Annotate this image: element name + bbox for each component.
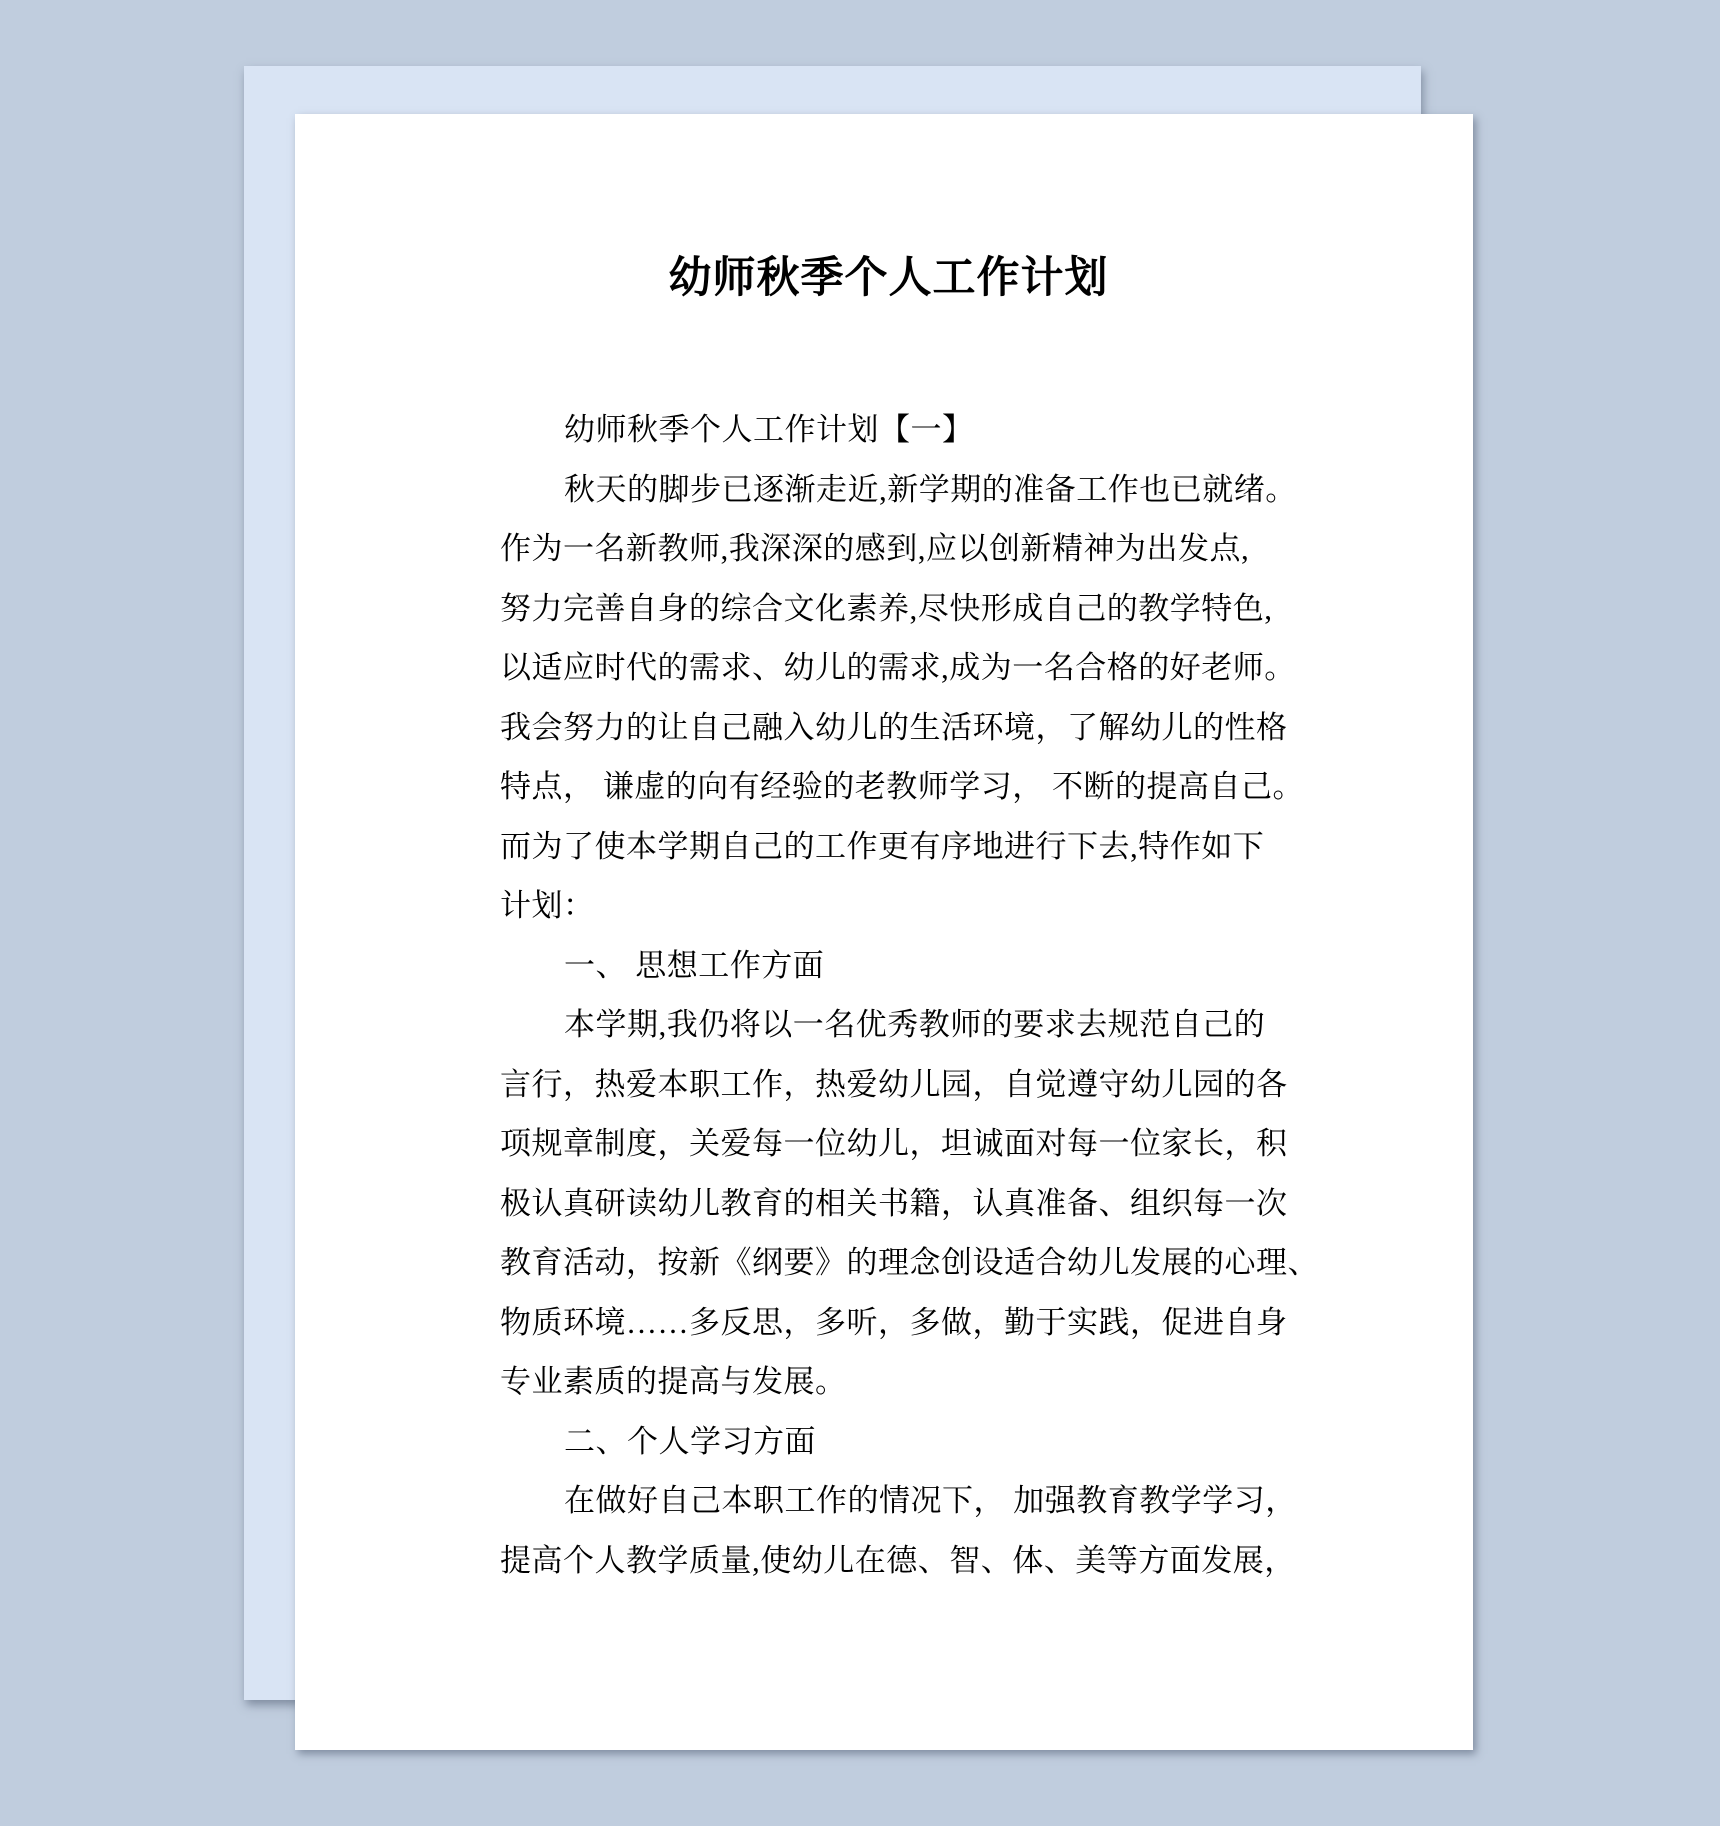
text-line: 教育活动，按新《纲要》的理念创设适合幼儿发展的心理、 <box>500 1233 1277 1293</box>
document-title: 幼师秋季个人工作计划 <box>500 252 1277 304</box>
text-line: 努力完善自身的综合文化素养,尽快形成自己的教学特色, <box>500 579 1277 639</box>
text-line: 本学期,我仍将以一名优秀教师的要求去规范自己的 <box>500 995 1277 1055</box>
text-line: 我会努力的让自己融入幼儿的生活环境，了解幼儿的性格 <box>500 698 1277 758</box>
text-line: 二、个人学习方面 <box>500 1412 1277 1472</box>
document-page: 幼师秋季个人工作计划 幼师秋季个人工作计划【一】秋天的脚步已逐渐走近,新学期的准… <box>295 114 1473 1750</box>
text-line: 作为一名新教师,我深深的感到,应以创新精神为出发点, <box>500 519 1277 579</box>
text-line: 提高个人教学质量,使幼儿在德、智、体、美等方面发展， <box>500 1531 1277 1591</box>
text-line: 幼师秋季个人工作计划【一】 <box>500 400 1277 460</box>
text-line: 特点， 谦虚的向有经验的老教师学习， 不断的提高自己。 <box>500 757 1277 817</box>
text-line: 秋天的脚步已逐渐走近,新学期的准备工作也已就绪。 <box>500 460 1277 520</box>
document-body: 幼师秋季个人工作计划【一】秋天的脚步已逐渐走近,新学期的准备工作也已就绪。作为一… <box>500 400 1277 1590</box>
text-line: 在做好自己本职工作的情况下， 加强教育教学学习， <box>500 1471 1277 1531</box>
text-line: 极认真研读幼儿教育的相关书籍，认真准备、组织每一次 <box>500 1174 1277 1234</box>
text-line: 计划： <box>500 876 1277 936</box>
text-line: 专业素质的提高与发展。 <box>500 1352 1277 1412</box>
text-line: 项规章制度，关爱每一位幼儿，坦诚面对每一位家长，积 <box>500 1114 1277 1174</box>
text-line: 物质环境……多反思，多听，多做，勤于实践，促进自身 <box>500 1293 1277 1353</box>
text-line: 一、 思想工作方面 <box>500 936 1277 996</box>
text-line: 言行，热爱本职工作，热爱幼儿园，自觉遵守幼儿园的各 <box>500 1055 1277 1115</box>
desktop-background: { "colors": { "background": "#c0cdde", "… <box>0 0 1720 1826</box>
text-line: 以适应时代的需求、幼儿的需求,成为一名合格的好老师。 <box>500 638 1277 698</box>
text-line: 而为了使本学期自己的工作更有序地进行下去,特作如下 <box>500 817 1277 877</box>
